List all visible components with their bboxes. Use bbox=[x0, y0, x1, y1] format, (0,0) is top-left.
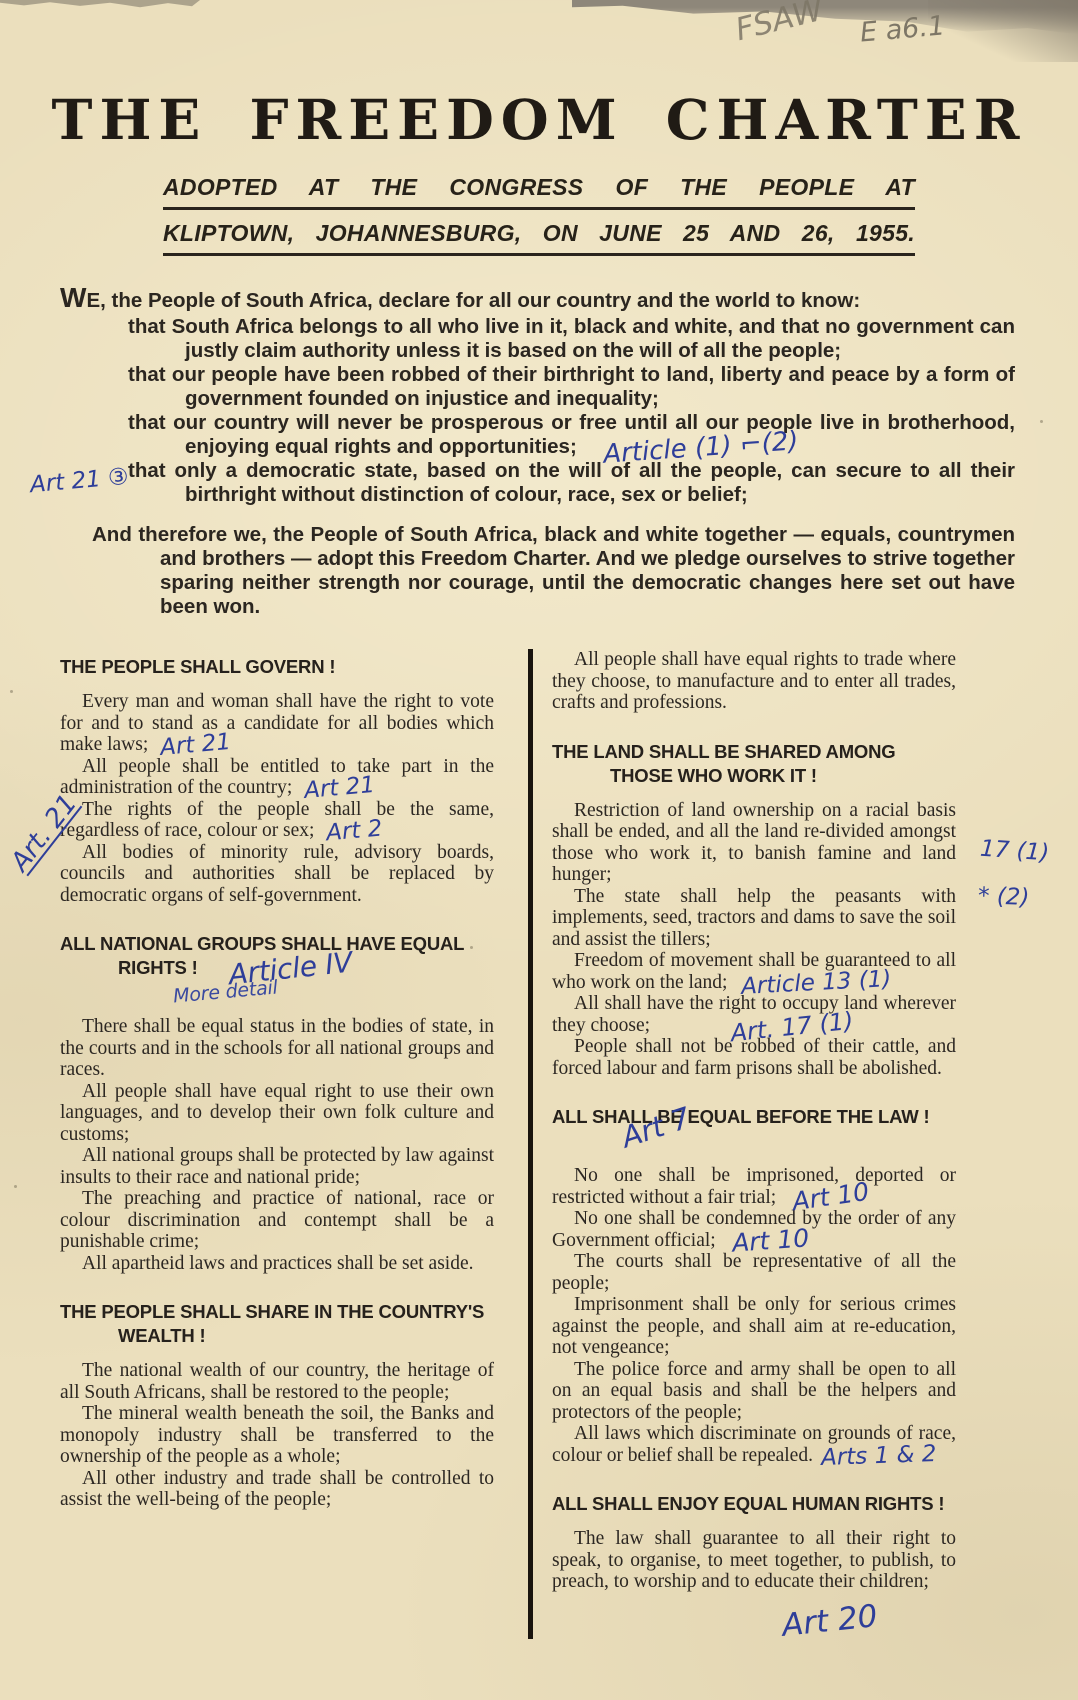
preamble-opening: WE, the People of South Africa, declare … bbox=[60, 286, 1015, 313]
ink-annotation-17-1: 17 (1) bbox=[979, 836, 1050, 867]
column-divider-rule bbox=[528, 649, 533, 1639]
body-paragraph: Imprisonment shall be only for serious c… bbox=[552, 1294, 956, 1359]
preamble-clause: that only a democratic state, based on t… bbox=[185, 459, 1015, 507]
paragraph-text: All other industry and trade shall be co… bbox=[60, 1468, 494, 1511]
ink-annotation-article-1-2: Article (1) ⌐(2) bbox=[603, 435, 799, 461]
subtitle: ADOPTED AT THE CONGRESS OF THE PEOPLE AT… bbox=[163, 173, 915, 256]
body-paragraph: All apartheid laws and practices shall b… bbox=[60, 1253, 494, 1275]
paragraph-text: The law shall guarantee to all their rig… bbox=[552, 1528, 956, 1592]
ink-annotation-art21: Art 21 bbox=[160, 736, 232, 754]
body-paragraph: All national groups shall be protected b… bbox=[60, 1145, 494, 1188]
preamble: WE, the People of South Africa, declare … bbox=[60, 286, 1015, 619]
paragraph-text: The state shall help the peasants with i… bbox=[552, 886, 956, 950]
paragraph-text: The national wealth of our country, the … bbox=[60, 1360, 494, 1403]
right-column: All people shall have equal rights to tr… bbox=[552, 649, 956, 1639]
body-paragraph: The national wealth of our country, the … bbox=[60, 1360, 494, 1403]
body-paragraph: All bodies of minority rule, advisory bo… bbox=[60, 842, 494, 907]
heading-people-shall-govern: THE PEOPLE SHALL GOVERN ! bbox=[60, 655, 494, 679]
paper-speck bbox=[1040, 420, 1043, 423]
preamble-clause: that South Africa belongs to all who liv… bbox=[185, 315, 1015, 363]
preamble-opening-text: E, the People of South Africa, declare f… bbox=[86, 289, 860, 312]
preamble-clause: that our country will never be prosperou… bbox=[185, 411, 1015, 459]
heading-text: ALL SHALL BE EQUAL BEFORE THE LAW ! bbox=[552, 1106, 929, 1127]
preamble-therefore: And therefore we, the People of South Af… bbox=[160, 523, 1015, 619]
ink-annotation-more-detail: More detail bbox=[173, 981, 278, 1002]
body-paragraph: The law shall guarantee to all their rig… bbox=[552, 1528, 956, 1593]
paper-tear-smudge-left bbox=[0, 0, 200, 9]
body-paragraph: The rights of the people shall be the sa… bbox=[60, 799, 494, 842]
paragraph-text: All people shall be entitled to take par… bbox=[60, 756, 494, 799]
two-column-body: THE PEOPLE SHALL GOVERN ! Every man and … bbox=[0, 649, 1078, 1639]
paragraph-text: The rights of the people shall be the sa… bbox=[60, 799, 494, 842]
ink-annotation-art10: Art 10 bbox=[792, 1185, 870, 1208]
paragraph-text: All national groups shall be protected b… bbox=[60, 1145, 494, 1188]
ink-annotation-arts-1-2: Arts 1 & 2 bbox=[821, 1447, 937, 1463]
body-paragraph: All people shall have equal rights to tr… bbox=[552, 649, 956, 714]
page-title: THE FREEDOM CHARTER bbox=[0, 92, 1078, 147]
heading-national-groups-equal-rights: ALL NATIONAL GROUPS SHALL HAVE EQUAL RIG… bbox=[60, 932, 494, 1004]
clause-text: that South Africa belongs to all who liv… bbox=[128, 315, 1015, 362]
paragraph-text: Every man and woman shall have the right… bbox=[60, 691, 494, 755]
heading-share-countrys-wealth: THE PEOPLE SHALL SHARE IN THE COUNTRY'S … bbox=[60, 1300, 494, 1348]
ink-annotation-art-17-1: Art. 17 (1) bbox=[730, 1014, 854, 1039]
ink-annotation-17-2: * (2) bbox=[978, 883, 1030, 911]
paragraph-text: The preaching and practice of national, … bbox=[60, 1188, 494, 1252]
body-paragraph: The police force and army shall be open … bbox=[552, 1359, 956, 1424]
ink-annotation-art10: Art 10 bbox=[732, 1232, 810, 1249]
paragraph-text: All apartheid laws and practices shall b… bbox=[82, 1253, 474, 1274]
ink-annotation-article-13-1: Article 13 (1) bbox=[741, 973, 892, 993]
paragraph-text: All people shall have equal right to use… bbox=[60, 1081, 494, 1145]
paragraph-text: The mineral wealth beneath the soil, the… bbox=[60, 1403, 494, 1467]
document-page: FSAW E a6.1 THE FREEDOM CHARTER ADOPTED … bbox=[0, 0, 1078, 1700]
body-paragraph: All people shall have equal right to use… bbox=[60, 1081, 494, 1146]
body-paragraph: All other industry and trade shall be co… bbox=[60, 1468, 494, 1511]
body-paragraph: The preaching and practice of national, … bbox=[60, 1188, 494, 1253]
body-paragraph: All shall have the right to occupy land … bbox=[552, 993, 956, 1036]
paragraph-text: Imprisonment shall be only for serious c… bbox=[552, 1294, 956, 1358]
therefore-text: And therefore we, the People of South Af… bbox=[92, 523, 1015, 618]
paragraph-text: The police force and army shall be open … bbox=[552, 1359, 956, 1423]
paragraph-text: All bodies of minority rule, advisory bo… bbox=[60, 842, 494, 906]
ink-annotation-art21: Art 21 bbox=[304, 779, 376, 797]
paragraph-text: Restriction of land ownership on a racia… bbox=[552, 800, 956, 886]
body-paragraph: The state shall help the peasants with i… bbox=[552, 886, 956, 951]
body-paragraph: There shall be equal status in the bodie… bbox=[60, 1016, 494, 1081]
paper-speck bbox=[10, 690, 13, 693]
body-paragraph: Restriction of land ownership on a racia… bbox=[552, 800, 956, 886]
paragraph-text: The courts shall be representative of al… bbox=[552, 1251, 956, 1294]
body-paragraph: Freedom of movement shall be guaranteed … bbox=[552, 950, 956, 993]
body-paragraph: The courts shall be representative of al… bbox=[552, 1251, 956, 1294]
heading-equal-before-the-law: ALL SHALL BE EQUAL BEFORE THE LAW !Art 7 bbox=[552, 1105, 956, 1153]
paper-speck bbox=[470, 946, 473, 949]
paragraph-text: No one shall be imprisoned, deported or … bbox=[552, 1165, 956, 1208]
heading-equal-human-rights: ALL SHALL ENJOY EQUAL HUMAN RIGHTS ! bbox=[552, 1492, 956, 1516]
body-paragraph: The mineral wealth beneath the soil, the… bbox=[60, 1403, 494, 1468]
preamble-clause: that our people have been robbed of thei… bbox=[185, 363, 1015, 411]
subtitle-line-2: KLIPTOWN, JOHANNESBURG, ON JUNE 25 AND 2… bbox=[163, 219, 915, 256]
body-paragraph: No one shall be imprisoned, deported or … bbox=[552, 1165, 956, 1208]
body-paragraph: Every man and woman shall have the right… bbox=[60, 691, 494, 756]
heading-land-shall-be-shared: THE LAND SHALL BE SHARED AMONG THOSE WHO… bbox=[552, 740, 956, 788]
ink-annotation-art20: Art 20 bbox=[780, 1598, 879, 1644]
paper-tear-smudge-corner bbox=[928, 0, 1078, 62]
paragraph-text: There shall be equal status in the bodie… bbox=[60, 1016, 494, 1080]
body-paragraph: No one shall be condemned by the order o… bbox=[552, 1208, 956, 1251]
drop-initial: W bbox=[60, 282, 86, 313]
ink-annotation-art2: Art 2 bbox=[326, 823, 383, 840]
ink-annotation-article-iv: Article IV bbox=[228, 957, 353, 982]
paper-speck bbox=[14, 1185, 17, 1188]
clause-text: that only a democratic state, based on t… bbox=[128, 459, 1015, 506]
clause-text: that our country will never be prosperou… bbox=[128, 411, 1015, 458]
subtitle-line-1: ADOPTED AT THE CONGRESS OF THE PEOPLE AT bbox=[163, 173, 915, 210]
clause-text: that our people have been robbed of thei… bbox=[128, 363, 1015, 410]
paragraph-text: All people shall have equal rights to tr… bbox=[552, 649, 956, 713]
body-paragraph: All people shall be entitled to take par… bbox=[60, 756, 494, 799]
body-paragraph: All laws which discriminate on grounds o… bbox=[552, 1423, 956, 1466]
left-column: THE PEOPLE SHALL GOVERN ! Every man and … bbox=[60, 649, 494, 1639]
